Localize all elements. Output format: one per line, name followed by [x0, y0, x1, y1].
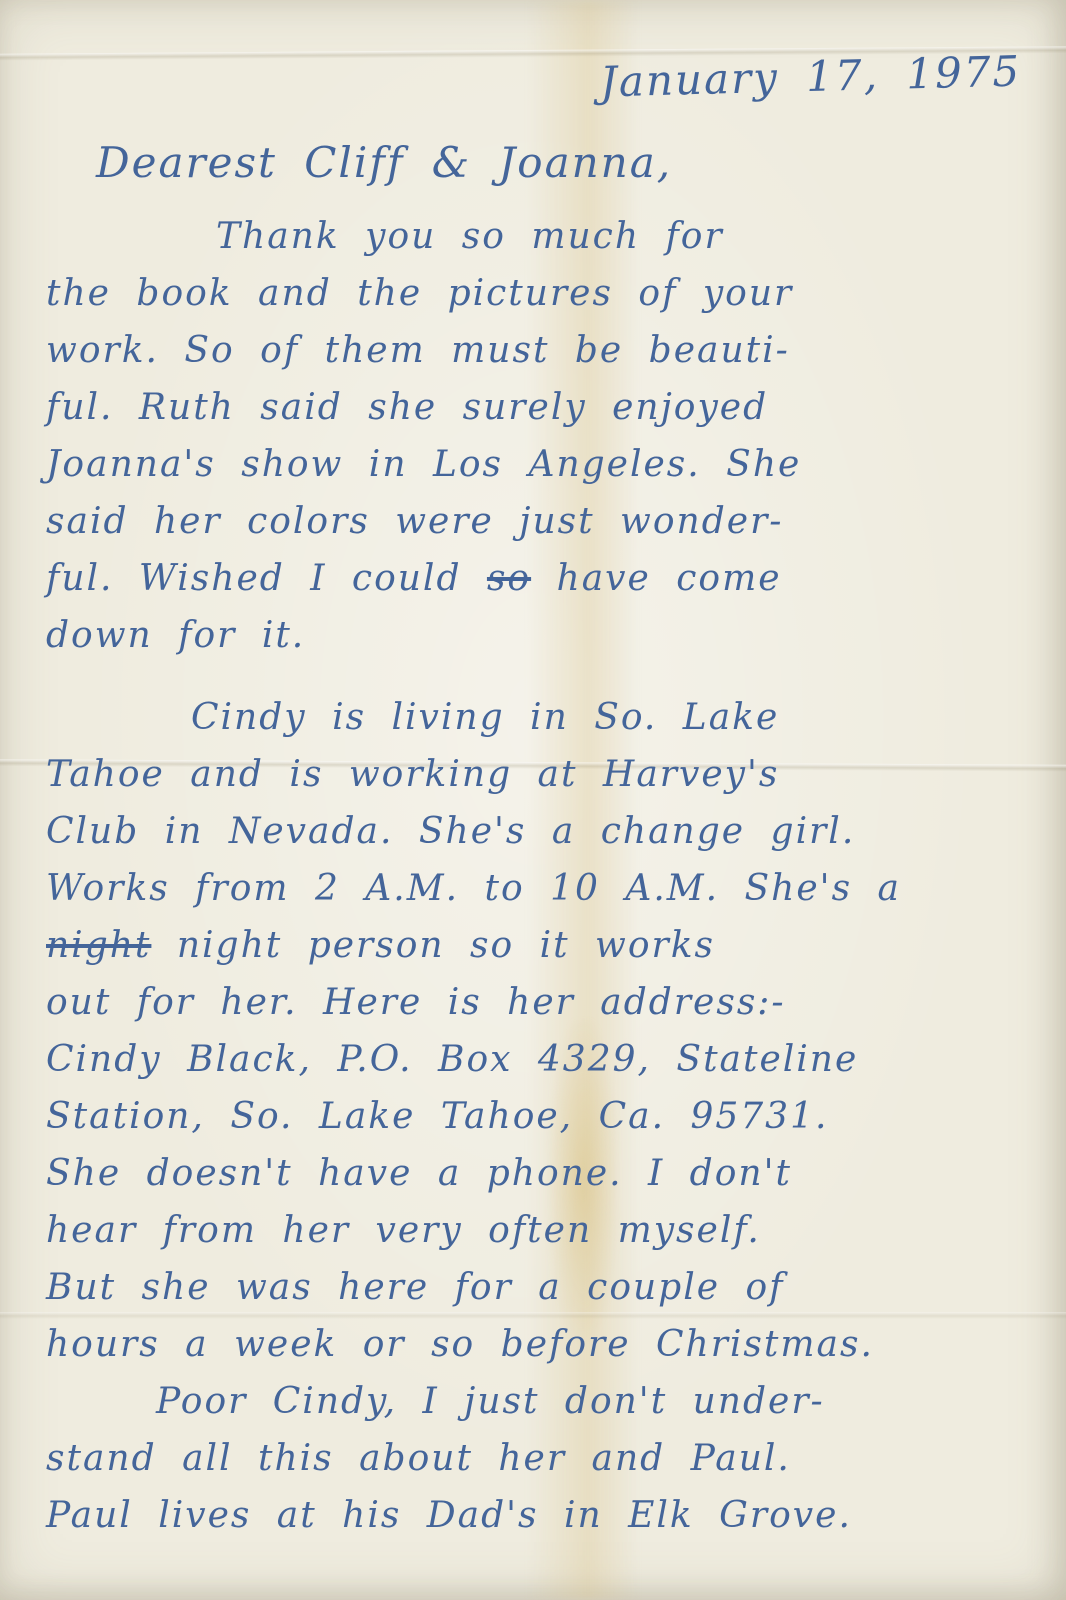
line-text: down for it.	[46, 615, 305, 656]
letter-line: Thank you so much for	[46, 208, 1038, 265]
letter-line: Station, So. Lake Tahoe, Ca. 95731.	[46, 1088, 1038, 1145]
line-text: But she was here for a couple of	[46, 1267, 784, 1308]
letter-line: Cindy Black, P.O. Box 4329, Stateline	[46, 1031, 1038, 1088]
letter-line: Poor Cindy, I just don't under-	[46, 1373, 1038, 1430]
letter-line: stand all this about her and Paul.	[46, 1430, 1038, 1487]
line-text: Poor Cindy, I just don't under-	[156, 1381, 825, 1422]
letter-line: down for it.	[46, 607, 1038, 664]
letter-line: out for her. Here is her address:-	[46, 974, 1038, 1031]
line-text: stand all this about her and Paul.	[46, 1438, 791, 1479]
line-text: night person so it works	[151, 925, 715, 966]
line-text: have come	[531, 558, 781, 599]
letter-line: But she was here for a couple of	[46, 1259, 1038, 1316]
line-text: Thank you so much for	[216, 216, 724, 257]
line-text: Club in Nevada. She's a change girl.	[46, 811, 855, 852]
letter-page: January 17, 1975 Dearest Cliff & Joanna,…	[0, 0, 1066, 1600]
struck-word: so	[487, 558, 531, 599]
letter-line: night night person so it works	[46, 917, 1038, 974]
letter-line: ful. Ruth said she surely enjoyed	[46, 379, 1038, 436]
line-text: the book and the pictures of your	[46, 273, 793, 314]
line-text: ful. Wished I could	[46, 558, 487, 599]
letter-line: hear from her very often myself.	[46, 1202, 1038, 1259]
line-text: Station, So. Lake Tahoe, Ca. 95731.	[46, 1096, 828, 1137]
line-text: Cindy is living in So. Lake	[191, 697, 779, 738]
line-text: Cindy Black, P.O. Box 4329, Stateline	[46, 1039, 858, 1080]
line-text: hear from her very often myself.	[46, 1210, 761, 1251]
line-text: said her colors were just wonder-	[46, 501, 783, 542]
line-text: out for her. Here is her address:-	[46, 982, 786, 1023]
line-text: ful. Ruth said she surely enjoyed	[46, 387, 768, 428]
letter-line: ful. Wished I could so have come	[46, 550, 1038, 607]
letter-line: Works from 2 A.M. to 10 A.M. She's a	[46, 860, 1038, 917]
letter-line: work. So of them must be beauti-	[46, 322, 1038, 379]
letter-line: Club in Nevada. She's a change girl.	[46, 803, 1038, 860]
line-text: Works from 2 A.M. to 10 A.M. She's a	[46, 868, 901, 909]
letter-body: Thank you so much forthe book and the pi…	[46, 208, 1038, 1544]
line-text: hours a week or so before Christmas.	[46, 1324, 874, 1365]
struck-word: night	[46, 925, 151, 966]
line-text: Joanna's show in Los Angeles. She	[46, 444, 801, 485]
line-text: Paul lives at his Dad's in Elk Grove.	[46, 1495, 852, 1536]
line-text: work. So of them must be beauti-	[46, 330, 790, 371]
letter-salutation: Dearest Cliff & Joanna,	[96, 138, 672, 187]
letter-line: said her colors were just wonder-	[46, 493, 1038, 550]
letter-line: Paul lives at his Dad's in Elk Grove.	[46, 1487, 1038, 1544]
letter-line: hours a week or so before Christmas.	[46, 1316, 1038, 1373]
line-text: Tahoe and is working at Harvey's	[46, 754, 779, 795]
letter-date: January 17, 1975	[599, 46, 1021, 106]
letter-line: the book and the pictures of your	[46, 265, 1038, 322]
letter-line: Joanna's show in Los Angeles. She	[46, 436, 1038, 493]
letter-line: Cindy is living in So. Lake	[46, 689, 1038, 746]
letter-line: She doesn't have a phone. I don't	[46, 1145, 1038, 1202]
letter-line: Tahoe and is working at Harvey's	[46, 746, 1038, 803]
line-text: She doesn't have a phone. I don't	[46, 1153, 792, 1194]
